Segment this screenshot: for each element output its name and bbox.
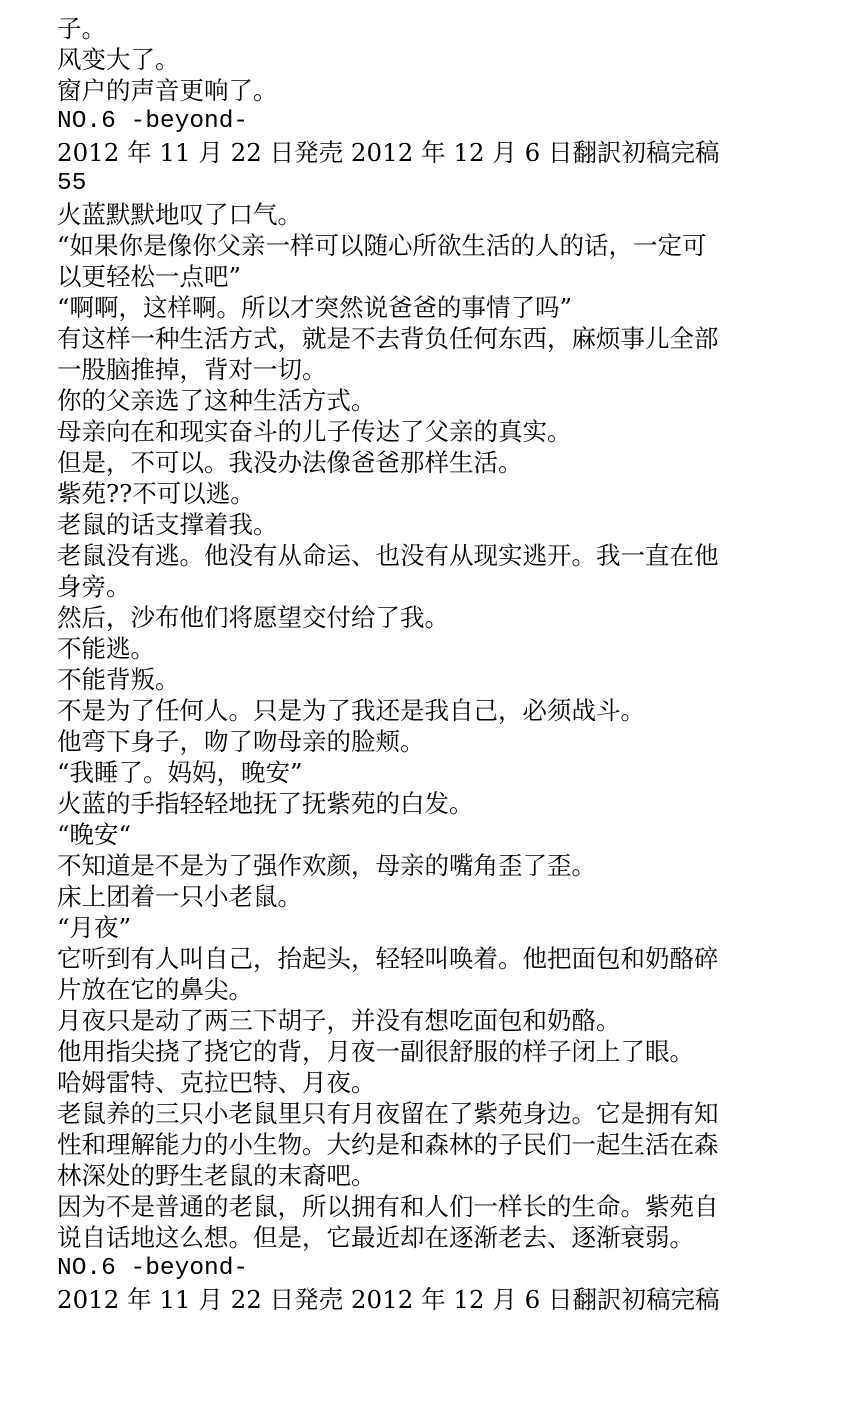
text-line: 性和理解能力的小生物。大约是和森林的子民们一起生活在森	[57, 1129, 797, 1160]
text-line: 床上团着一只小老鼠。	[57, 881, 797, 912]
text-line: 母亲向在和现实奋斗的儿子传达了父亲的真实。	[57, 416, 797, 447]
text-line: 火蓝默默地叹了口气。	[57, 199, 797, 230]
text-line: 他用指尖挠了挠它的背，月夜一副很舒服的样子闭上了眼。	[57, 1036, 797, 1067]
header-date-line: 2012 年 11 月 22 日発売 2012 年 12 月 6 日翻訳初稿完稿	[57, 137, 797, 168]
text-line: 身旁。	[57, 571, 797, 602]
text-line: 说自话地这么想。但是，它最近却在逐渐老去、逐渐衰弱。	[57, 1222, 797, 1253]
text-line: 子。	[57, 13, 797, 44]
document-page: 子。 风变大了。 窗户的声音更响了。 NO.6 -beyond- 2012 年 …	[57, 13, 797, 1315]
text-line: 不能逃。	[57, 633, 797, 664]
text-line: 一股脑推掉，背对一切。	[57, 354, 797, 385]
page-number: 55	[57, 168, 797, 199]
text-line: “啊啊，这样啊。所以才突然说爸爸的事情了吗”	[57, 292, 797, 323]
text-line: “我睡了。妈妈，晚安”	[57, 757, 797, 788]
text-line: “如果你是像你父亲一样可以随心所欲生活的人的话，一定可	[57, 230, 797, 261]
text-line: 有这样一种生活方式，就是不去背负任何东西，麻烦事儿全部	[57, 323, 797, 354]
footer-date-line: 2012 年 11 月 22 日発売 2012 年 12 月 6 日翻訳初稿完稿	[57, 1284, 797, 1315]
text-line: 不是为了任何人。只是为了我还是我自己，必须战斗。	[57, 695, 797, 726]
text-line: 老鼠没有逃。他没有从命运、也没有从现实逃开。我一直在他	[57, 540, 797, 571]
text-line: 你的父亲选了这种生活方式。	[57, 385, 797, 416]
text-line: 火蓝的手指轻轻地抚了抚紫苑的白发。	[57, 788, 797, 819]
text-line: 窗户的声音更响了。	[57, 75, 797, 106]
text-line: 以更轻松一点吧”	[57, 261, 797, 292]
text-line: 片放在它的鼻尖。	[57, 974, 797, 1005]
text-line: 月夜只是动了两三下胡子，并没有想吃面包和奶酪。	[57, 1005, 797, 1036]
text-line: 因为不是普通的老鼠，所以拥有和人们一样长的生命。紫苑自	[57, 1191, 797, 1222]
text-line: 他弯下身子，吻了吻母亲的脸颊。	[57, 726, 797, 757]
text-line: 然后，沙布他们将愿望交付给了我。	[57, 602, 797, 633]
text-line: 老鼠的话支撑着我。	[57, 509, 797, 540]
text-line: 风变大了。	[57, 44, 797, 75]
text-line: “月夜”	[57, 912, 797, 943]
text-line: 但是，不可以。我没办法像爸爸那样生活。	[57, 447, 797, 478]
footer-title-line: NO.6 -beyond-	[57, 1253, 797, 1284]
text-line: 紫苑??不可以逃。	[57, 478, 797, 509]
header-title-line: NO.6 -beyond-	[57, 106, 797, 137]
text-line: 不知道是不是为了强作欢颜，母亲的嘴角歪了歪。	[57, 850, 797, 881]
text-line: “晚安“	[57, 819, 797, 850]
text-line: 老鼠养的三只小老鼠里只有月夜留在了紫苑身边。它是拥有知	[57, 1098, 797, 1129]
text-line: 林深处的野生老鼠的末裔吧。	[57, 1160, 797, 1191]
text-line: 哈姆雷特、克拉巴特、月夜。	[57, 1067, 797, 1098]
text-line: 不能背叛。	[57, 664, 797, 695]
text-line: 它听到有人叫自己，抬起头，轻轻叫唤着。他把面包和奶酪碎	[57, 943, 797, 974]
